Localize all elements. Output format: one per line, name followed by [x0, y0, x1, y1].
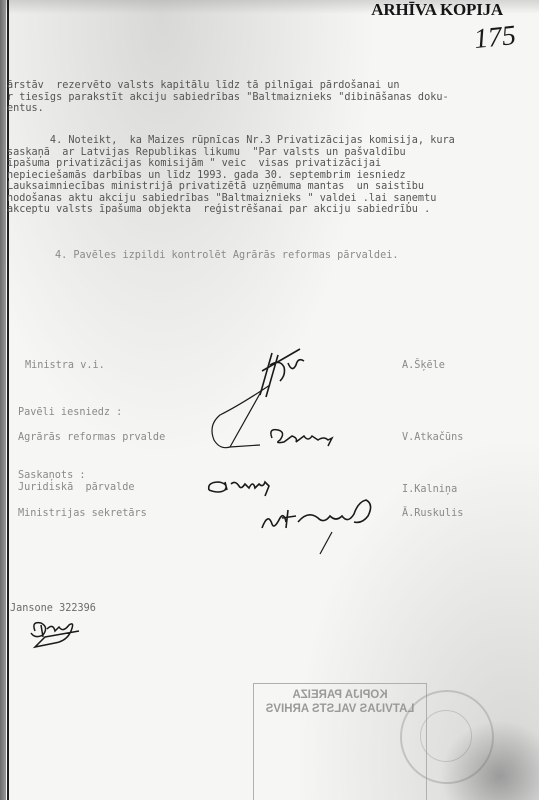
text-line: ārstāv rezervēto valsts kapitālu līdz tā… — [7, 80, 449, 92]
secretary-signature-icon — [258, 488, 383, 558]
agrarian-name: V.Atkačūns — [402, 432, 463, 444]
text-line: Lauksaimniecības ministrijā privatizētā … — [7, 181, 455, 193]
text-line: īpašuma privatizācijas komisijām " veic … — [7, 158, 455, 170]
agrarian-role: Agrārās reformas prvalde — [18, 432, 165, 444]
preparer-signature-icon — [25, 615, 85, 655]
text-line: saskaņā ar Latvijas Republikas likumu "P… — [7, 147, 455, 159]
text-line: nodošanas aktu akciju sabiedrības "Baltm… — [7, 193, 455, 205]
minister-role: Ministra v.i. — [25, 360, 105, 372]
binding-edge — [0, 0, 6, 800]
folio-number: 175 — [472, 20, 517, 56]
text-line: akceptu valsts īpašuma objekta reģistrēš… — [7, 204, 455, 216]
legal-role: Juridiskā pārvalde — [18, 482, 135, 494]
text-line: r tiesīgs parakstīt akciju sabiedrības "… — [7, 92, 449, 104]
clause-4-control: 4. Pavēles izpildi kontrolēt Agrārās ref… — [55, 250, 398, 262]
preparer-info: Jansone 322396 — [10, 603, 96, 615]
text-line: nepieciešamās darbības un līdz 1993. gad… — [7, 170, 455, 182]
margin-line — [7, 0, 9, 800]
text-line: 4. Noteikt, ka Maizes rūpnīcas Nr.3 Priv… — [7, 135, 455, 147]
agrarian-signature-icon — [262, 424, 342, 448]
stamp-line: KOPIJA PAREIZA — [254, 688, 426, 702]
scan-stain — [440, 720, 539, 800]
agreed-label: Saskaņots : — [18, 470, 85, 482]
submitted-label: Pavēli iesniedz : — [18, 407, 122, 419]
minister-name: A.Šķēle — [402, 360, 445, 372]
legal-name: I.Kalniņa — [402, 484, 457, 496]
secretary-name: Ā.Ruskulis — [402, 508, 463, 520]
text-line: entus. — [7, 103, 449, 115]
document-page: ARHĪVA KOPIJA 175 ārstāv rezervēto valst… — [0, 0, 539, 800]
clause-4-paragraph: 4. Noteikt, ka Maizes rūpnīcas Nr.3 Priv… — [7, 135, 455, 216]
archive-copy-stamp: ARHĪVA KOPIJA — [371, 0, 503, 20]
paragraph-continuation: ārstāv rezervēto valsts kapitālu līdz tā… — [7, 80, 449, 115]
secretary-role: Ministrijas sekretārs — [18, 508, 147, 520]
stamp-line: LATVIJAS VALSTS ARHĪVS — [254, 702, 426, 716]
